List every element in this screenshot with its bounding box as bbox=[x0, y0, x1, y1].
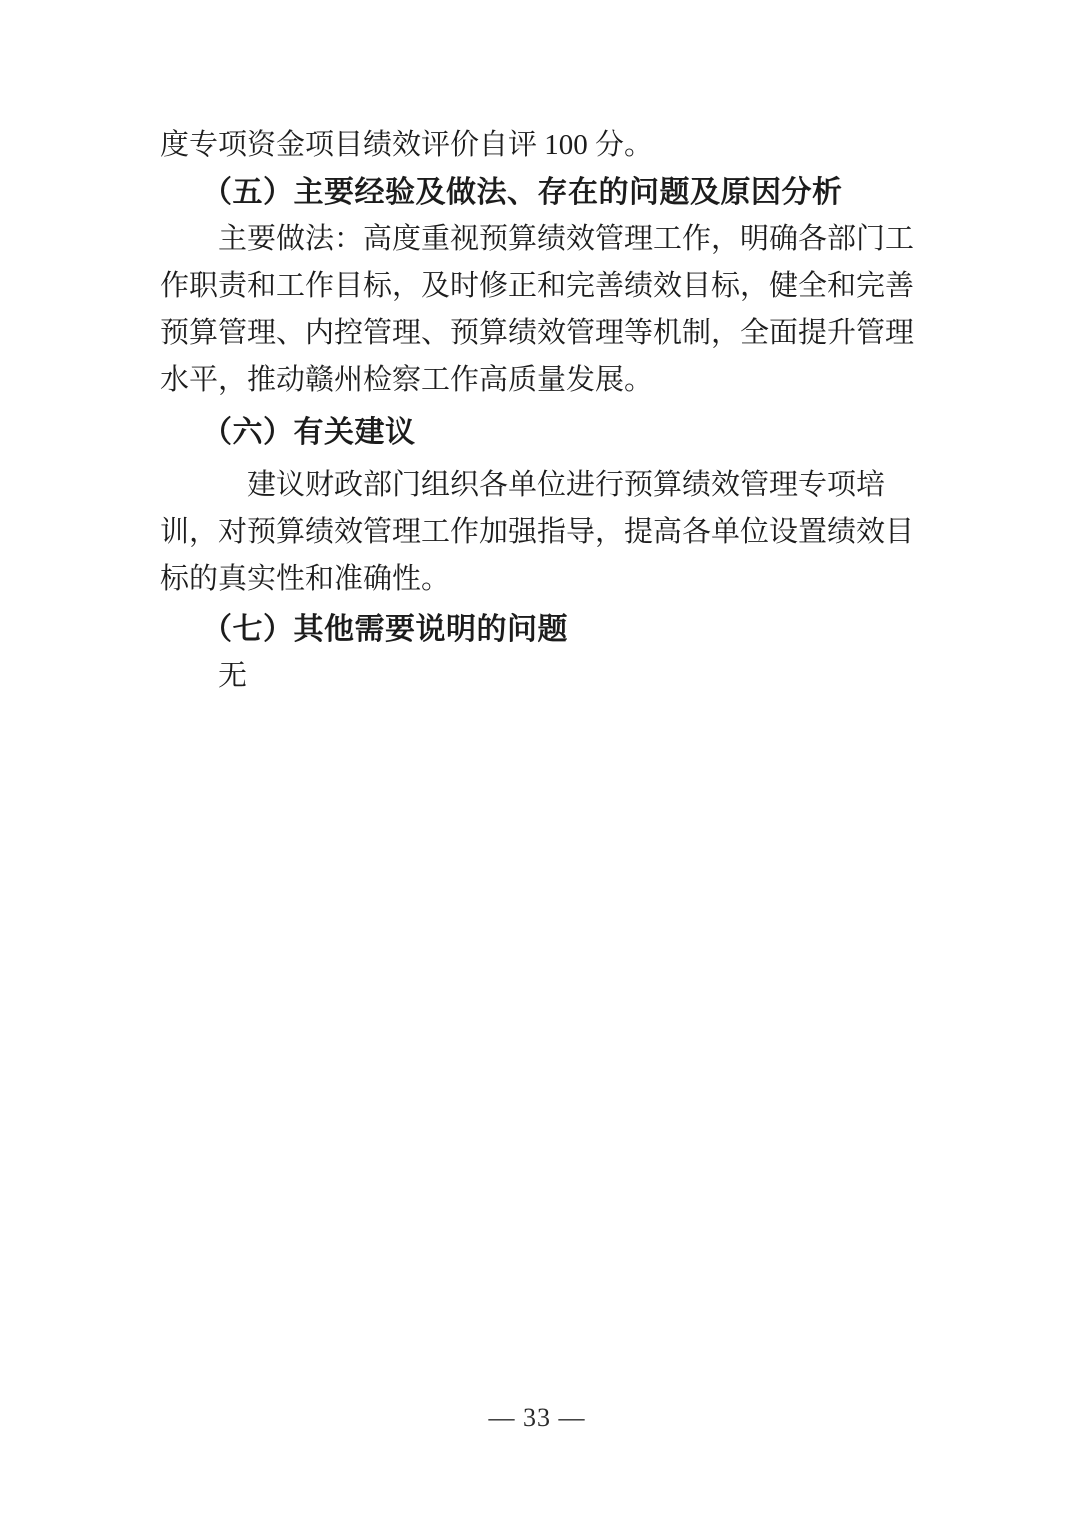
page-number: — 33 — bbox=[0, 1398, 1074, 1438]
section-6-paragraph-line: 标的真实性和准确性。 bbox=[160, 556, 914, 603]
section-6-heading: （六）有关建议 bbox=[160, 409, 914, 456]
section-5-paragraph-line: 水平，推动赣州检察工作高质量发展。 bbox=[160, 357, 914, 404]
document-page: 度专项资金项目绩效评价自评 100 分。 （五）主要经验及做法、存在的问题及原因… bbox=[0, 0, 1074, 1520]
section-7-paragraph-line: 无 bbox=[160, 653, 914, 700]
continuation-paragraph-line: 度专项资金项目绩效评价自评 100 分。 bbox=[160, 122, 914, 169]
section-7-heading: （七）其他需要说明的问题 bbox=[160, 606, 914, 653]
section-5-heading: （五）主要经验及做法、存在的问题及原因分析 bbox=[160, 169, 914, 216]
section-6-paragraph-line: 训，对预算绩效管理工作加强指导，提高各单位设置绩效目 bbox=[160, 509, 914, 556]
section-6-paragraph-line: 建议财政部门组织各单位进行预算绩效管理专项培 bbox=[160, 462, 914, 509]
section-5-paragraph-line: 主要做法：高度重视预算绩效管理工作，明确各部门工 bbox=[160, 216, 914, 263]
section-5-paragraph-line: 预算管理、内控管理、预算绩效管理等机制，全面提升管理 bbox=[160, 310, 914, 357]
document-body: 度专项资金项目绩效评价自评 100 分。 （五）主要经验及做法、存在的问题及原因… bbox=[160, 122, 914, 700]
section-5-paragraph-line: 作职责和工作目标，及时修正和完善绩效目标，健全和完善 bbox=[160, 263, 914, 310]
